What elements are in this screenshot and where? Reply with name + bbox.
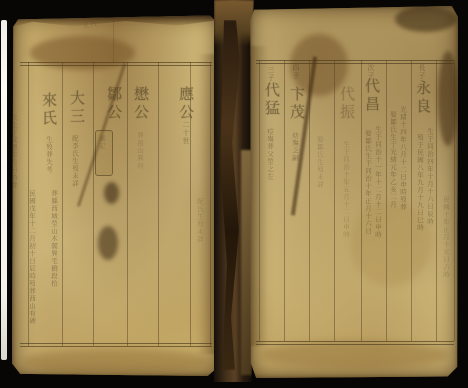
ancestor-name: 來氏: [39, 92, 60, 128]
record-note: 葬祖山巽向: [136, 132, 145, 170]
record-note: 民國十年正月十五日吉時: [442, 196, 451, 279]
record-note: 生于同治四年十月十六日辰時: [426, 128, 435, 226]
spine-core-shadow: [220, 20, 240, 370]
descendant-name: 代振: [337, 86, 358, 122]
rule-line: [309, 60, 310, 341]
birth-order-label: 三子: [266, 66, 276, 82]
left-page: 乂八 來氏 生歿葬失考 大三 配李氏生歿未詳 鄒公 圖記 懋公 葬祖山巽向 應公…: [12, 14, 218, 376]
right-page: 三子 代猛 痘殤葬父塋之左 四子 卞茂 幼殤乏嗣 娶鄒氏生歿未詳 代振 生于同治…: [250, 6, 458, 378]
edge-bleed-text: 氏生于咸豐年月日時葬: [10, 114, 19, 189]
rule-line: [127, 62, 128, 346]
birth-order-label: 長子: [417, 64, 427, 80]
rule-line: [256, 341, 454, 342]
record-note: 配李氏生歿未詳: [71, 135, 80, 188]
record-note: 生于同治十一年十二月十二日申時: [374, 126, 383, 239]
record-note: 娶鄒氏生歿未詳: [316, 136, 325, 189]
record-note: 幼殤乏嗣: [291, 132, 300, 162]
generation-label: 二十世: [181, 121, 191, 145]
descendant-name: 卞茂: [287, 86, 308, 122]
ancestor-name: 應公: [176, 86, 197, 122]
book-spine: [214, 0, 254, 382]
burn-mark: [12, 12, 218, 27]
rule-line: [20, 346, 212, 347]
stain: [98, 226, 118, 260]
record-note: 配氏生歿未詳: [196, 198, 205, 243]
rule-line: [284, 60, 285, 341]
rule-line: [259, 60, 260, 341]
rule-line: [334, 60, 335, 341]
seal-text: 圖記: [98, 135, 107, 150]
spine-paper-streak: [241, 150, 252, 375]
ancestor-name: 大三: [67, 90, 88, 126]
record-note: 光緒十四年八月十二日申時歿葬: [399, 106, 408, 211]
rule-line: [158, 62, 159, 346]
record-note: 娶鄒氏生于光緒元年乙亥二月: [389, 111, 398, 209]
birth-order-label: 四子: [291, 64, 301, 80]
rule-line: [386, 60, 387, 341]
stain: [438, 51, 458, 146]
record-note: 娶鄒氏生于同治十年正月十六日: [364, 130, 373, 235]
stain: [104, 182, 119, 204]
rule-line: [454, 60, 455, 341]
rule-line: [436, 60, 437, 341]
record-col: 葬縣西城塋山木閣巽宅橋段拾: [50, 190, 59, 288]
record-note: 生于同治十年五月十二日申時: [342, 141, 351, 239]
rule-line: [411, 60, 412, 341]
ancestor-name: 懋公: [131, 86, 152, 122]
rule-line: [20, 65, 212, 66]
handwritten-mark: 乂八: [81, 19, 98, 31]
spine-fragment: [214, 0, 254, 46]
rule-line: [256, 344, 454, 345]
descendant-name: 永良: [413, 80, 434, 116]
record-col: 民國戊年十二月初十日辰時歿葬西山有碑: [28, 190, 37, 325]
rule-line: [93, 62, 94, 346]
rule-line: [20, 62, 212, 63]
rule-line: [210, 62, 211, 346]
descendant-name: 代猛: [262, 82, 283, 118]
burn-mark: [395, 6, 457, 32]
descendant-name: 代昌: [362, 78, 383, 114]
rule-line: [113, 20, 114, 62]
record-note: 痘殤葬父塋之左: [266, 128, 275, 181]
record-note: 歿于民國八年九月十九日巳時: [416, 134, 425, 232]
stain: [260, 341, 450, 369]
rule-line: [20, 343, 212, 344]
ancestor-name: 鄒公: [104, 86, 125, 122]
record-note: 生歿葬失考: [45, 136, 54, 174]
page-edge-strip: [1, 20, 7, 360]
rule-line: [62, 62, 63, 346]
photo-background: 乂八 來氏 生歿葬失考 大三 配李氏生歿未詳 鄒公 圖記 懋公 葬祖山巽向 應公…: [0, 0, 468, 388]
rule-line: [256, 60, 454, 61]
seal-box: 圖記: [95, 130, 113, 176]
stain: [22, 349, 212, 375]
